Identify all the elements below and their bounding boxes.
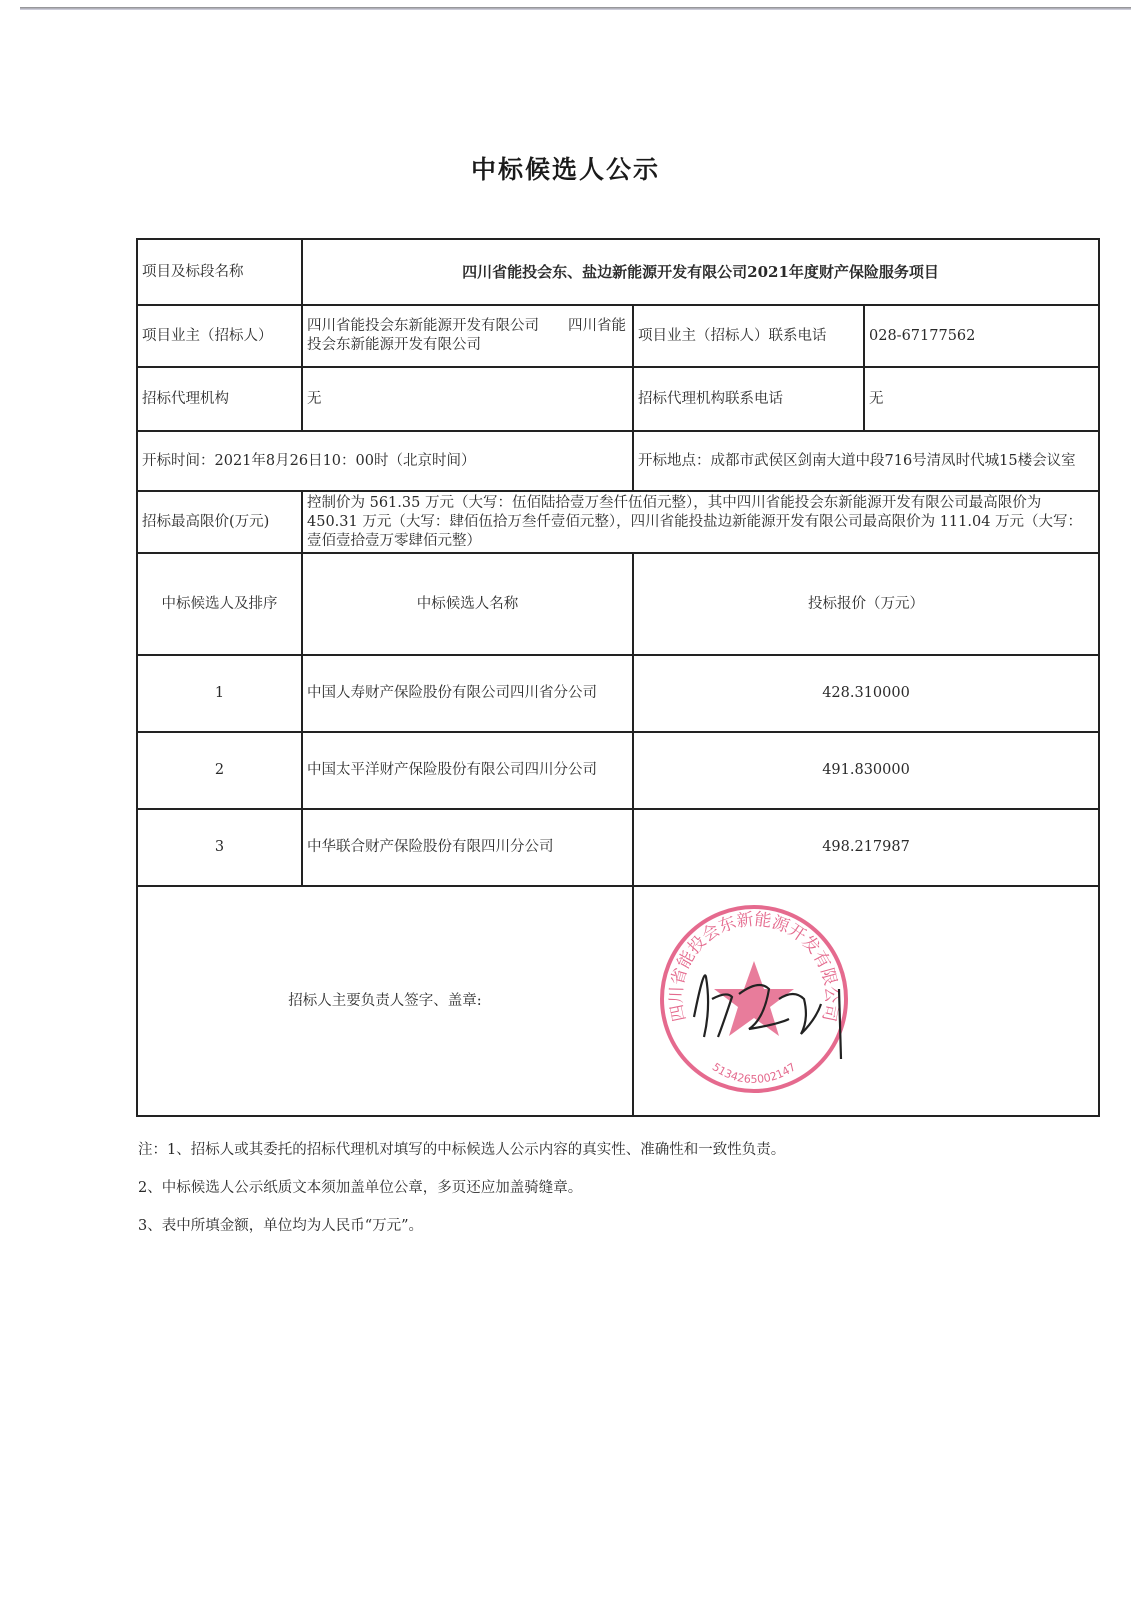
- candidate-price: 491.830000: [633, 732, 1099, 809]
- opening-place: 开标地点：成都市武侯区剑南大道中段716号清凤时代城15楼会议室: [633, 431, 1099, 491]
- candidate-name: 中国人寿财产保险股份有限公司四川省分公司: [302, 655, 633, 732]
- seal-number: 5134265002147: [710, 1060, 798, 1086]
- agency-phone-label: 招标代理机构联系电话: [633, 367, 864, 431]
- row-project-name: 项目及标段名称 四川省能投会东、盐边新能源开发有限公司2021年度财产保险服务项…: [137, 239, 1099, 305]
- row-signature: 招标人主要负责人签字、盖章: 四川省能投会东新能源开发有限公司 51342650…: [137, 886, 1099, 1116]
- owner-phone-value: 028-67177562: [864, 305, 1099, 367]
- table-row: 3 中华联合财产保险股份有限四川分公司 498.217987: [137, 809, 1099, 886]
- bid-candidate-table: 项目及标段名称 四川省能投会东、盐边新能源开发有限公司2021年度财产保险服务项…: [136, 238, 1100, 1117]
- notes: 注：1、招标人或其委托的招标代理机对填写的中标候选人公示内容的真实性、准确性和一…: [138, 1140, 785, 1254]
- header-name: 中标候选人名称: [302, 553, 633, 655]
- agency-value: 无: [302, 367, 633, 431]
- svg-text:5134265002147: 5134265002147: [710, 1060, 798, 1086]
- candidate-rank: 3: [137, 809, 302, 886]
- max-price-label: 招标最高限价(万元): [137, 491, 302, 553]
- agency-label: 招标代理机构: [137, 367, 302, 431]
- row-owner: 项目业主（招标人） 四川省能投会东新能源开发有限公司 四川省能投会东新能源开发有…: [137, 305, 1099, 367]
- header-rank: 中标候选人及排序: [137, 553, 302, 655]
- note-2: 2、中标候选人公示纸质文本须加盖单位公章，多页还应加盖骑缝章。: [138, 1178, 785, 1198]
- agency-phone-value: 无: [864, 367, 1099, 431]
- candidate-rank: 2: [137, 732, 302, 809]
- opening-time: 开标时间：2021年8月26日10：00时（北京时间）: [137, 431, 633, 491]
- candidate-name: 中国太平洋财产保险股份有限公司四川分公司: [302, 732, 633, 809]
- table-row: 2 中国太平洋财产保险股份有限公司四川分公司 491.830000: [137, 732, 1099, 809]
- signature-label: 招标人主要负责人签字、盖章:: [137, 886, 633, 1116]
- owner-label: 项目业主（招标人）: [137, 305, 302, 367]
- row-candidate-headers: 中标候选人及排序 中标候选人名称 投标报价（万元）: [137, 553, 1099, 655]
- note-1: 注：1、招标人或其委托的招标代理机对填写的中标候选人公示内容的真实性、准确性和一…: [138, 1140, 785, 1160]
- candidate-price: 428.310000: [633, 655, 1099, 732]
- max-price-value: 控制价为 561.35 万元（大写：伍佰陆拾壹万叁仟伍佰元整），其中四川省能投会…: [302, 491, 1099, 553]
- candidate-rank: 1: [137, 655, 302, 732]
- note-3: 3、表中所填金额，单位均为人民币“万元”。: [138, 1216, 785, 1236]
- owner-value: 四川省能投会东新能源开发有限公司 四川省能投会东新能源开发有限公司: [302, 305, 633, 367]
- scan-edge: [20, 7, 1131, 10]
- project-name-value: 四川省能投会东、盐边新能源开发有限公司2021年度财产保险服务项目: [302, 239, 1099, 305]
- header-price: 投标报价（万元）: [633, 553, 1099, 655]
- page-title: 中标候选人公示: [0, 150, 1131, 186]
- table-row: 1 中国人寿财产保险股份有限公司四川省分公司 428.310000: [137, 655, 1099, 732]
- company-seal-icon: 四川省能投会东新能源开发有限公司 5134265002147: [654, 899, 854, 1099]
- row-opening: 开标时间：2021年8月26日10：00时（北京时间） 开标地点：成都市武侯区剑…: [137, 431, 1099, 491]
- signature-seal-cell: 四川省能投会东新能源开发有限公司 5134265002147: [633, 886, 1099, 1116]
- candidate-price: 498.217987: [633, 809, 1099, 886]
- project-name-label: 项目及标段名称: [137, 239, 302, 305]
- row-max-price: 招标最高限价(万元) 控制价为 561.35 万元（大写：伍佰陆拾壹万叁仟伍佰元…: [137, 491, 1099, 553]
- row-agency: 招标代理机构 无 招标代理机构联系电话 无: [137, 367, 1099, 431]
- owner-phone-label: 项目业主（招标人）联系电话: [633, 305, 864, 367]
- candidate-name: 中华联合财产保险股份有限四川分公司: [302, 809, 633, 886]
